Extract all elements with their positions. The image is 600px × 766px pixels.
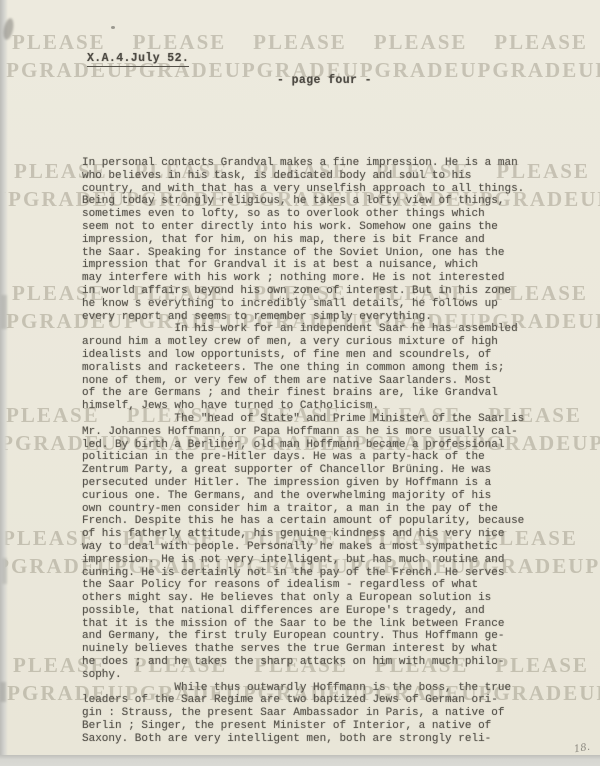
scanned-document-page: PLEASEPLEASEPLEASEPLEASEPLEASEUPGRADEUPG… [0,0,600,766]
typewritten-layer: X.A.4.July 52. - page four - In personal… [0,0,600,766]
document-reference: X.A.4.July 52. [87,52,189,67]
page-number-label: - page four - [277,74,372,87]
handwritten-page-number: 18. [573,742,591,756]
document-body-text: In personal contacts Grandval makes a fi… [82,157,524,746]
